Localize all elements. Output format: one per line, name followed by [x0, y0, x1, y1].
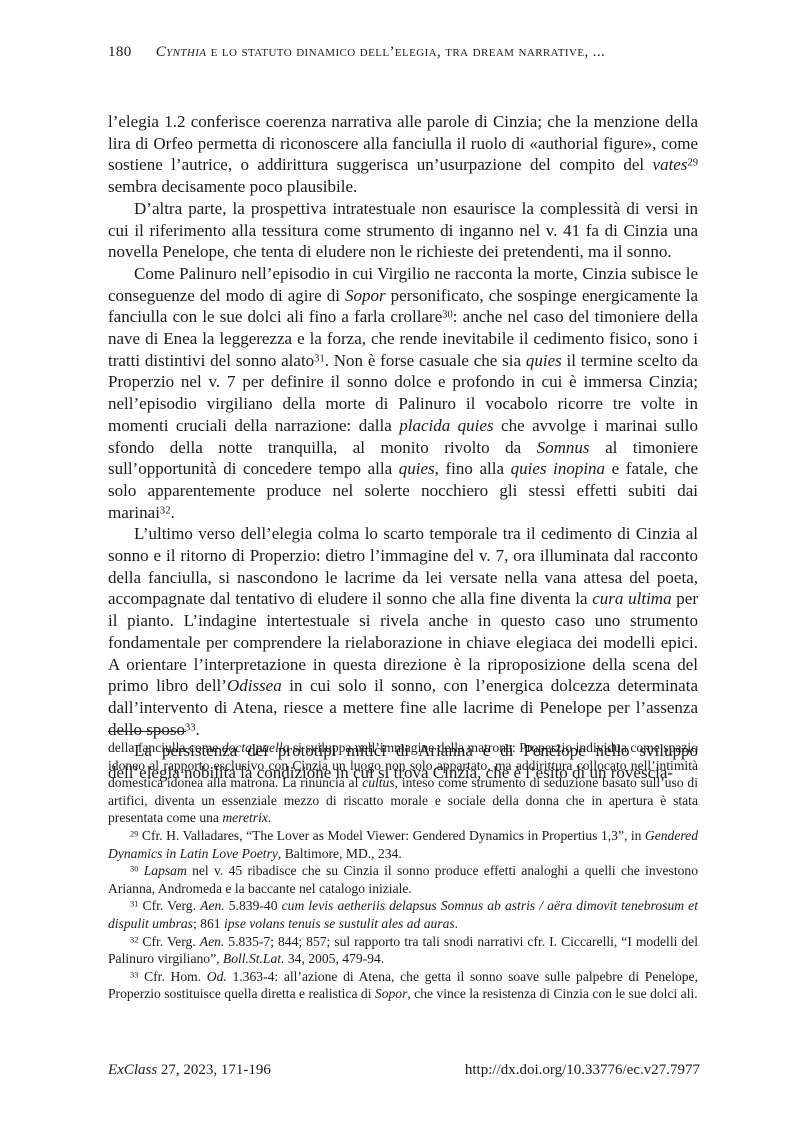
- text-segment: 30: [442, 310, 453, 321]
- text-segment: nel v. 45 ribadisce che su Cinzia il son…: [108, 863, 698, 896]
- text-segment: 31: [314, 353, 325, 364]
- text-segment: Sopor: [345, 286, 386, 305]
- body-paragraph: L’ultimo verso dell’elegia colma lo scar…: [108, 523, 698, 740]
- text-segment: e lo statuto dinamico dell’elegia, tra d…: [206, 44, 605, 60]
- text-segment: , fino alla: [435, 459, 511, 478]
- text-segment: , che vince la resistenza di Cinzia con …: [407, 986, 697, 1001]
- doi-url: http://dx.doi.org/10.33776/ec.v27.7977: [465, 1062, 700, 1079]
- footnote: 29 Cfr. H. Valladares, “The Lover as Mod…: [108, 827, 698, 862]
- text-segment: cultus: [362, 775, 394, 790]
- text-segment: docta puella: [222, 740, 290, 755]
- text-segment: Lapsam: [144, 863, 187, 878]
- text-segment: Cfr. H. Valladares, “The Lover as Model …: [138, 828, 644, 843]
- page-number: 180: [108, 44, 132, 61]
- text-segment: sembra decisamente poco plausibile.: [108, 177, 357, 196]
- footnote: 30 Lapsam nel v. 45 ribadisce che su Cin…: [108, 862, 698, 897]
- text-segment: Cfr. Hom.: [138, 969, 206, 984]
- text-segment: .: [455, 916, 458, 931]
- journal-citation: ExClass 27, 2023, 171-196: [108, 1062, 271, 1079]
- text-segment: Cfr. Verg.: [138, 934, 199, 949]
- text-segment: Cynthia: [156, 44, 207, 60]
- journal-page: 180 Cynthia e lo statuto dinamico dell’e…: [0, 0, 800, 1129]
- text-segment: 5.839-40: [225, 898, 282, 913]
- text-segment: della fanciulla come: [108, 740, 222, 755]
- footnote: della fanciulla come docta puella si svi…: [108, 739, 698, 827]
- page-footer: ExClass 27, 2023, 171-196 http://dx.doi.…: [108, 1062, 700, 1079]
- text-segment: cura ultima: [592, 589, 671, 608]
- footnote: 31 Cfr. Verg. Aen. 5.839-40 cum levis ae…: [108, 897, 698, 932]
- text-segment: 27, 2023, 171-196: [157, 1062, 271, 1078]
- footnote: 32 Cfr. Verg. Aen. 5.835-7; 844; 857; su…: [108, 933, 698, 968]
- text-segment: , Baltimore, MD., 234.: [278, 846, 402, 861]
- footnote: 33 Cfr. Hom. Od. 1.363-4: all’azione di …: [108, 968, 698, 1003]
- text-segment: ipse volans tenuis se sustulit ales ad a…: [224, 916, 455, 931]
- body-text-column: l’elegia 1.2 conferisce coerenza narrati…: [108, 111, 698, 784]
- text-segment: quies: [526, 351, 562, 370]
- text-segment: ; 861: [193, 916, 224, 931]
- text-segment: Boll.St.Lat.: [223, 951, 285, 966]
- text-segment: ExClass: [108, 1062, 157, 1078]
- text-segment: . Non è forse casuale che sia: [325, 351, 526, 370]
- text-segment: .: [170, 503, 174, 522]
- text-segment: Sopor: [375, 986, 407, 1001]
- text-segment: Odissea: [227, 676, 282, 695]
- text-segment: vates: [653, 155, 688, 174]
- footnotes-block: della fanciulla come docta puella si svi…: [108, 731, 698, 1003]
- text-segment: 32: [160, 505, 171, 516]
- body-paragraph: l’elegia 1.2 conferisce coerenza narrati…: [108, 111, 698, 198]
- text-segment: l’elegia 1.2 conferisce coerenza narrati…: [108, 112, 698, 174]
- text-segment: Somnus: [537, 438, 590, 457]
- text-segment: quies inopina: [511, 459, 605, 478]
- text-segment: Od.: [207, 969, 227, 984]
- running-head: 180 Cynthia e lo statuto dinamico dell’e…: [108, 44, 700, 61]
- text-segment: 34, 2005, 479-94.: [284, 951, 384, 966]
- text-segment: D’altra parte, la prospettiva intratestu…: [108, 199, 698, 261]
- text-segment: meretrix: [222, 810, 268, 825]
- text-segment: Cfr. Verg.: [138, 898, 200, 913]
- text-segment: placida quies: [399, 416, 493, 435]
- footnotes-list: della fanciulla come docta puella si svi…: [108, 739, 698, 1003]
- footnote-separator-rule: [108, 731, 186, 732]
- body-paragraph: Come Palinuro nell’episodio in cui Virgi…: [108, 263, 698, 523]
- text-segment: 29: [687, 158, 698, 169]
- text-segment: Aen.: [200, 934, 225, 949]
- text-segment: Aen.: [200, 898, 225, 913]
- text-segment: .: [268, 810, 271, 825]
- text-segment: quies: [399, 459, 435, 478]
- running-title: Cynthia e lo statuto dinamico dell’elegi…: [156, 44, 606, 61]
- body-paragraph: D’altra parte, la prospettiva intratestu…: [108, 198, 698, 263]
